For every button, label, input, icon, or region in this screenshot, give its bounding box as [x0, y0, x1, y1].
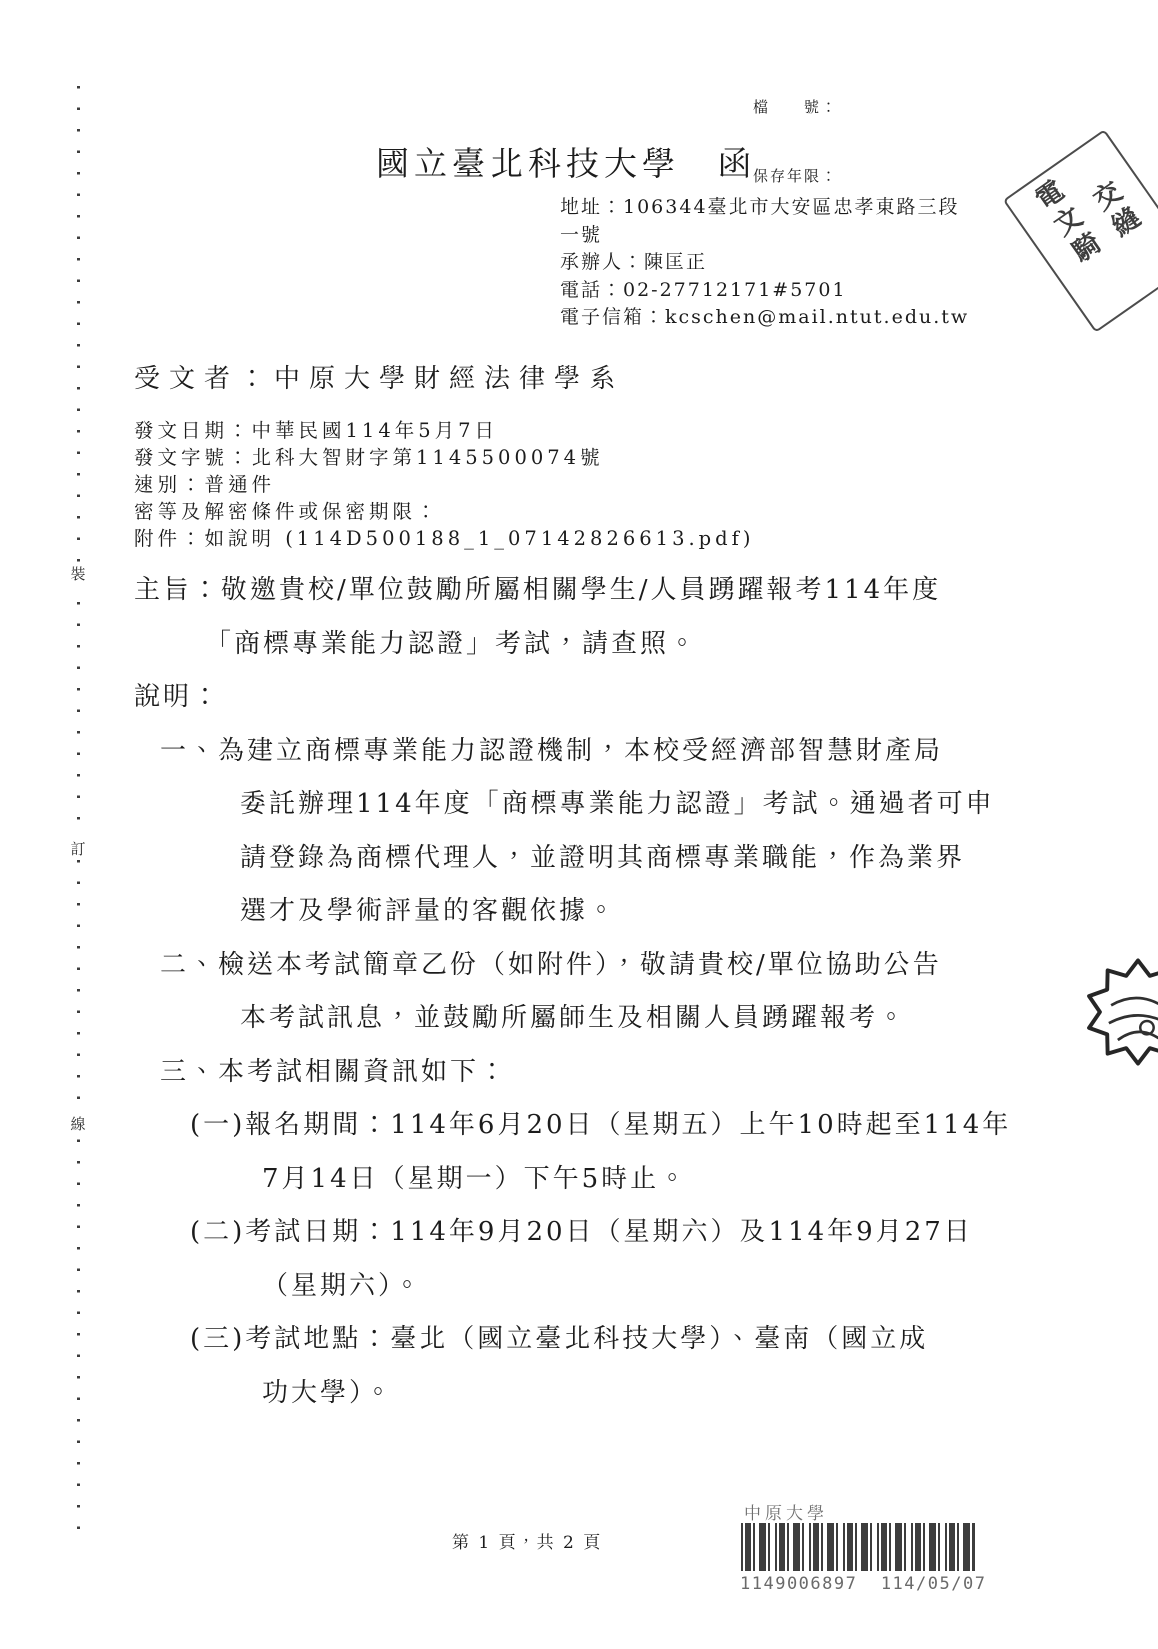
body-line: (三)考試地點：臺北（國立臺北科技大學）、臺南（國立成	[190, 1313, 1158, 1367]
body-line: （星期六）。	[262, 1260, 1158, 1314]
meta-line: 發文字號：北科大智財字第1145500074號	[134, 444, 754, 471]
meta-line: 發文日期：中華民國114年5月7日	[134, 417, 754, 444]
body-line: 選才及學術評量的客觀依據。	[240, 885, 1158, 939]
meta-line: 附件：如說明 (114D500188_1_07142826613.pdf)	[134, 525, 754, 552]
document-title: 國立臺北科技大學 函	[376, 138, 756, 185]
sender-info-line: 地址：106344臺北市大安區忠孝東路三段	[560, 194, 969, 222]
file-number-label: 檔 號：	[753, 96, 838, 119]
sender-info-line: 電話：02-27712171#5701	[560, 277, 969, 305]
barcode	[741, 1523, 975, 1571]
meta-line: 密等及解密條件或保密期限：	[134, 498, 754, 525]
flower-seal	[1082, 956, 1158, 1068]
sender-info-line: 承辦人：陳匡正	[560, 249, 969, 277]
body-line: (二)考試日期：114年9月20日（星期六）及114年9月27日	[190, 1206, 1158, 1260]
footer-page-number: 第 1 頁，共 2 頁	[452, 1528, 602, 1553]
sender-info-line: 一號	[560, 222, 969, 250]
retention-period-label: 保存年限：	[753, 165, 838, 188]
body-line: 三、本考試相關資訊如下：	[160, 1046, 1158, 1100]
recipient-line: 受文者：中原大學財經法律學系	[134, 358, 624, 395]
body-line: 主旨：敬邀貴校/單位鼓勵所屬相關學生/人員踴躍報考114年度	[134, 564, 1158, 618]
sender-info-line: 電子信箱：kcschen@mail.ntut.edu.tw	[560, 304, 969, 332]
barcode-number: 1149006897 114/05/07	[740, 1574, 986, 1594]
body-line: 7月14日（星期一）下午5時止。	[262, 1153, 1158, 1207]
body-line: 功大學）。	[262, 1367, 1158, 1421]
body-line: 請登錄為商標代理人，並證明其商標專業職能，作為業界	[240, 832, 1158, 886]
body-line: 一、為建立商標專業能力認證機制，本校受經濟部智慧財產局	[160, 725, 1158, 779]
body-line: 本考試訊息，並鼓勵所屬師生及相關人員踴躍報考。	[240, 992, 1158, 1046]
body-line: 委託辦理114年度「商標專業能力認證」考試。通過者可申	[240, 778, 1158, 832]
meta-line: 速別：普通件	[134, 471, 754, 498]
official-letter-page: 裝 訂 線 檔 號： 保存年限： 電文騎 交縫 國立臺北科技大學 函 地址：10…	[0, 0, 1158, 1649]
body-line: 二、檢送本考試簡章乙份（如附件），敬請貴校/單位協助公告	[160, 939, 1158, 993]
document-meta-block: 發文日期：中華民國114年5月7日 發文字號：北科大智財字第1145500074…	[134, 417, 754, 552]
flower-seal-graphic	[1082, 956, 1158, 1068]
sender-info-block: 地址：106344臺北市大安區忠孝東路三段 一號 承辦人：陳匡正 電話：02-2…	[560, 194, 969, 332]
body-line: 說明：	[134, 671, 1158, 725]
electronic-exchange-stamp: 電文騎 交縫	[1003, 129, 1158, 333]
body-line: 「商標專業能力認證」考試，請查照。	[205, 618, 1158, 672]
letter-body: 主旨：敬邀貴校/單位鼓勵所屬相關學生/人員踴躍報考114年度 「商標專業能力認證…	[0, 564, 1158, 1420]
barcode-label: 中原大學	[744, 1499, 828, 1524]
body-line: (一)報名期間：114年6月20日（星期五）上午10時起至114年	[190, 1099, 1158, 1153]
